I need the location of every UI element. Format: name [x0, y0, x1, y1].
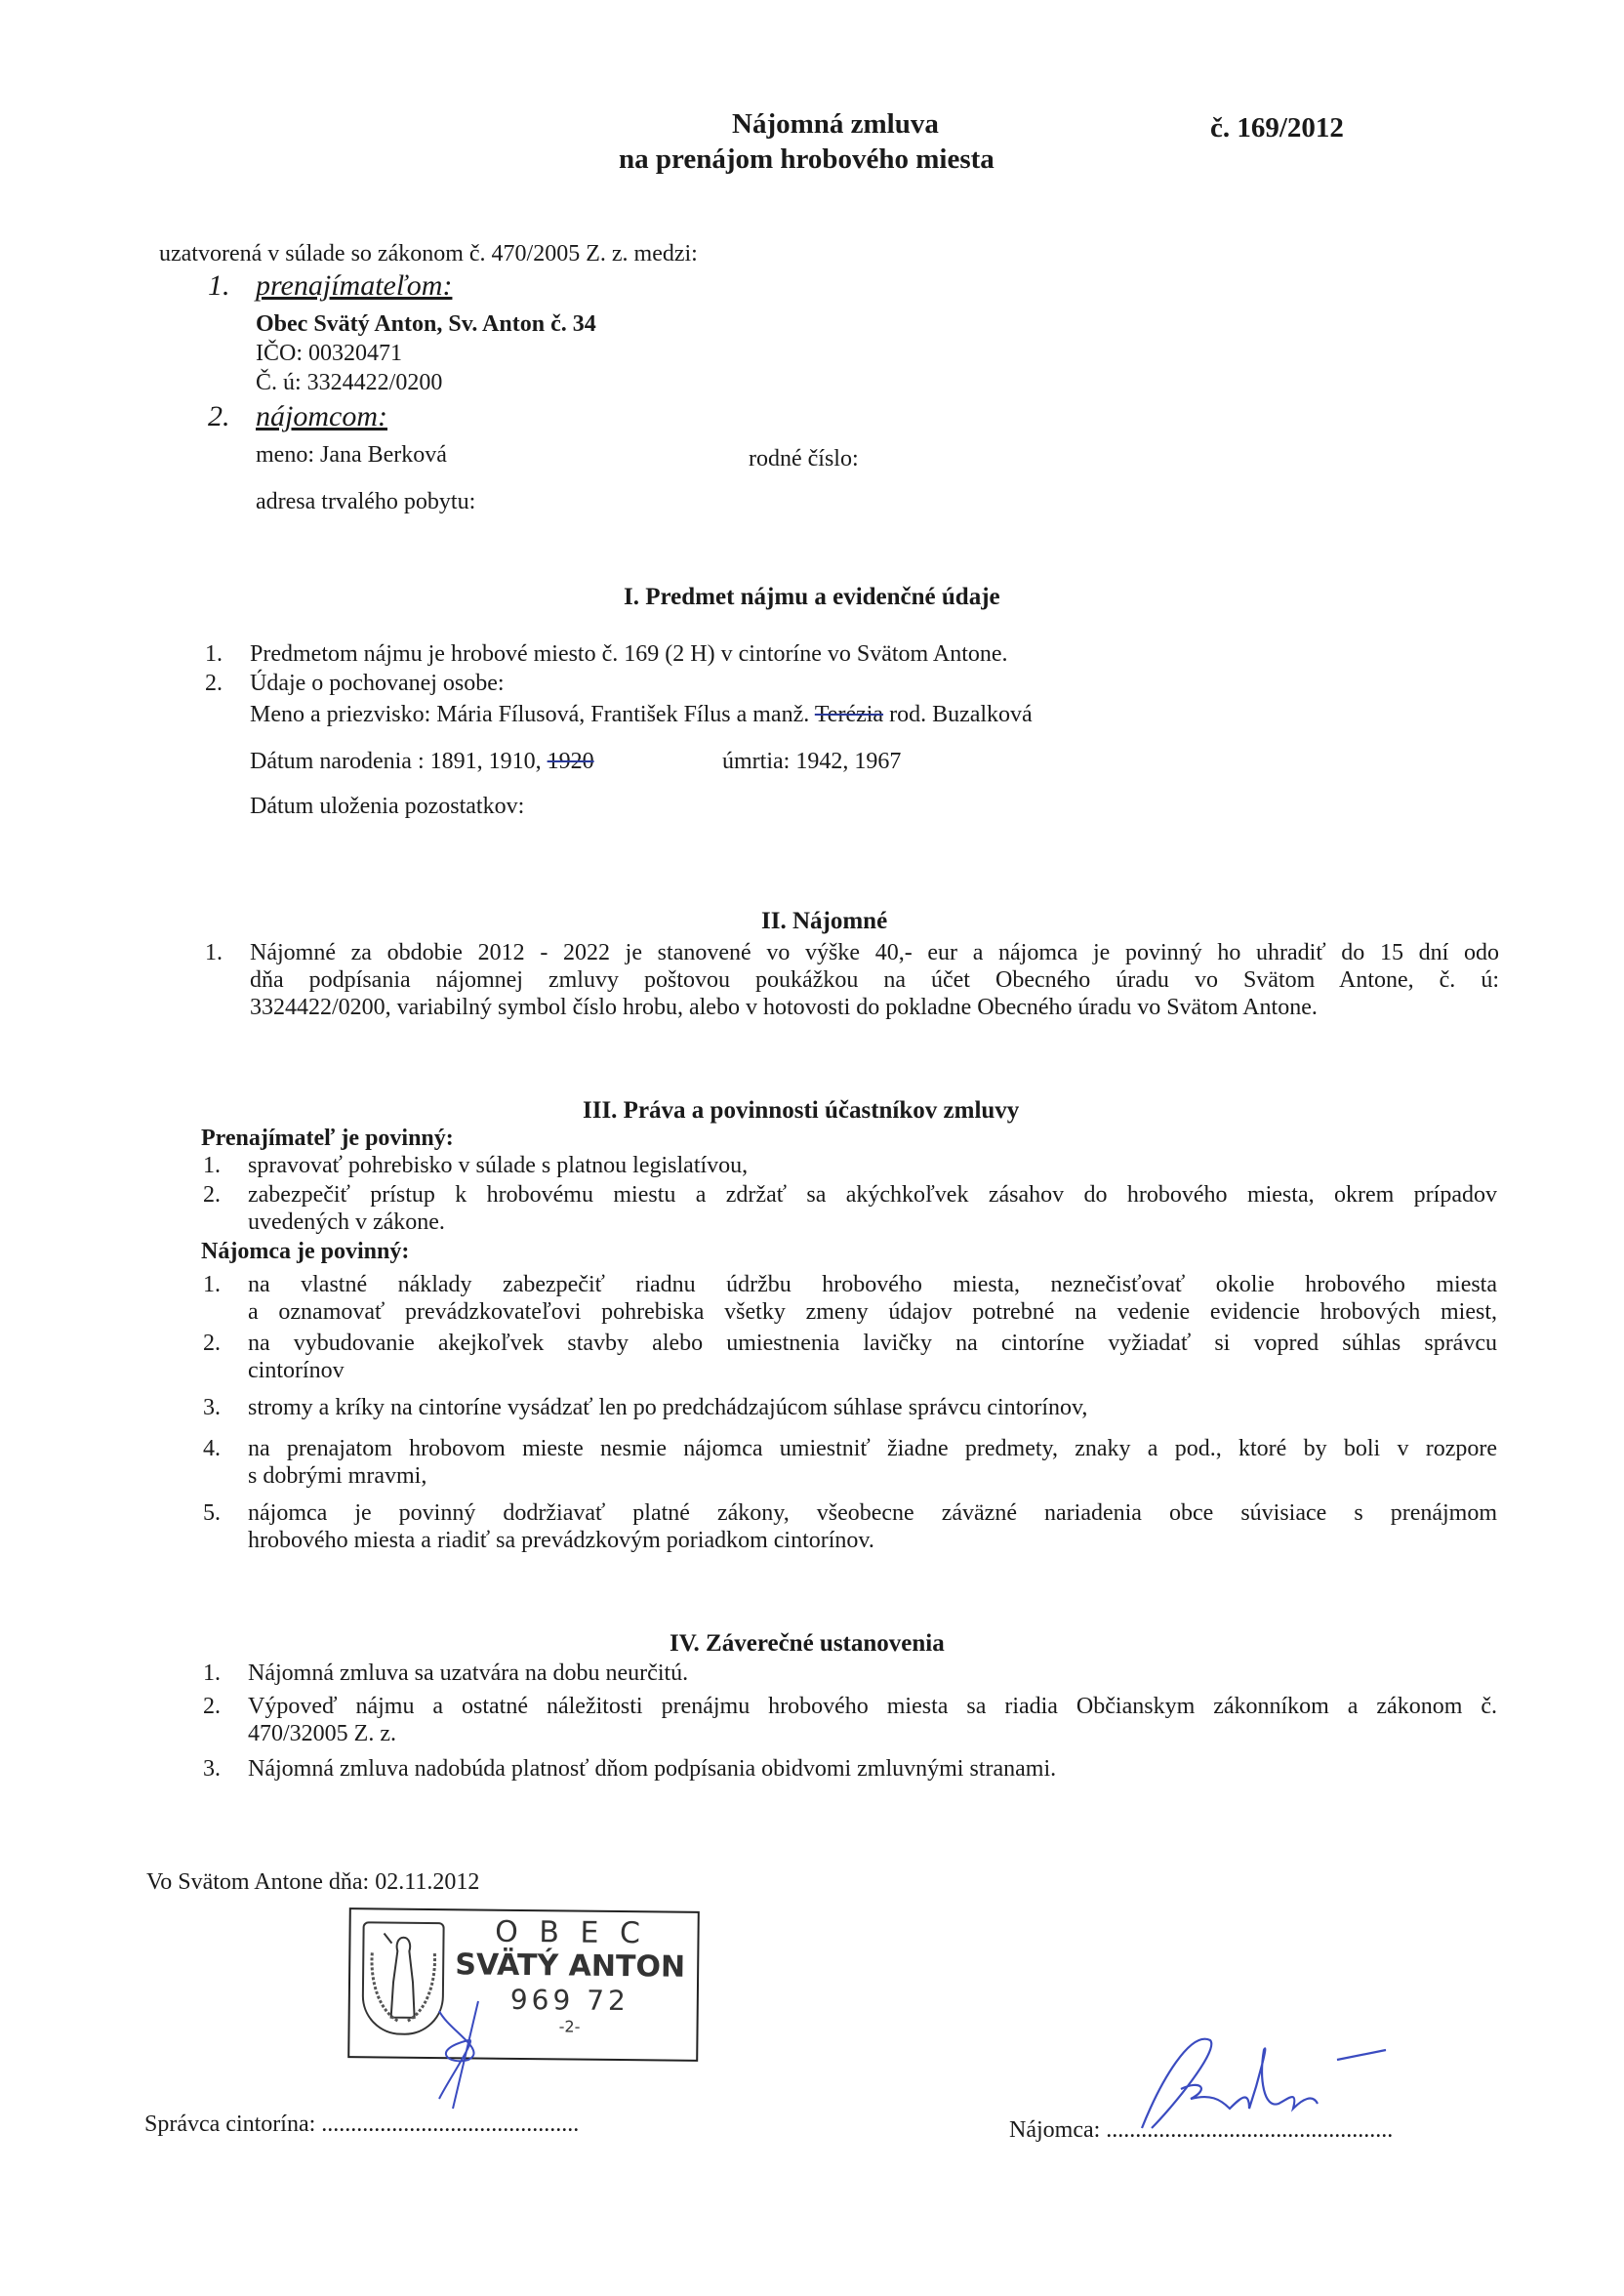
provision-line: Nájomná zmluva nadobúda platnosť dňom po…: [248, 1755, 1497, 1783]
stamp-line2: SVÄTÝ ANTON: [453, 1947, 687, 1985]
buried-names: Meno a priezvisko: Mária Fílusová, Frant…: [250, 701, 1033, 728]
tenant-name: meno: Jana Berková: [256, 441, 447, 469]
birth-number-label: rodné číslo:: [749, 445, 859, 472]
item-text: Údaje o pochovanej osobe:: [250, 671, 505, 696]
landlord-name: Obec Svätý Anton, Sv. Anton č. 34: [256, 310, 596, 338]
remains-date-label: Dátum uloženia pozostatkov:: [250, 793, 524, 820]
duty-line: uvedených v zákone.: [248, 1209, 1497, 1236]
tenant-duty-number: 5.: [203, 1499, 221, 1527]
duty-line: na prenajatom hrobovom mieste nesmie náj…: [248, 1435, 1497, 1462]
final-provision: Výpoveď nájmu a ostatné náležitosti pren…: [248, 1693, 1497, 1747]
provision-line: Výpoveď nájmu a ostatné náležitosti pren…: [248, 1693, 1497, 1720]
duty-line: na vlastné náklady zabezpečiť riadnu údr…: [248, 1271, 1497, 1298]
tenant-duty: stromy a kríky na cintoríne vysádzať len…: [248, 1394, 1497, 1421]
document-title-line2: na prenájom hrobového miesta: [619, 143, 995, 176]
contract-number: č. 169/2012: [1210, 111, 1344, 144]
party1-number: 1.: [208, 269, 230, 303]
provision-line: 470/32005 Z. z.: [248, 1720, 1497, 1747]
section3-heading: III. Práva a povinnosti účastníkov zmluv…: [583, 1097, 1019, 1125]
tenant-duty: na prenajatom hrobovom mieste nesmie náj…: [248, 1435, 1497, 1490]
tenant-signature-icon: [1132, 2021, 1425, 2138]
birth-dates-text: Dátum narodenia : 1891, 1910,: [250, 749, 548, 774]
party2-number: 2.: [208, 400, 230, 433]
section1-item: 2.Údaje o pochovanej osobe:: [205, 670, 505, 697]
section2-paragraph: Nájomné za obdobie 2012 - 2022 je stanov…: [250, 939, 1499, 1021]
struck-name: Terézia: [815, 702, 883, 727]
duty-line: cintorínov: [248, 1357, 1497, 1384]
paragraph-line: Nájomné za obdobie 2012 - 2022 je stanov…: [250, 939, 1499, 966]
duty-line: hrobového miesta a riadiť sa prevádzkový…: [248, 1527, 1497, 1554]
cemetery-admin-signature-line: Správca cintorína: .....................…: [144, 2111, 579, 2138]
tenant-duty: na vybudovanie akejkoľvek stavby alebo u…: [248, 1330, 1497, 1384]
item-number: 1.: [205, 640, 250, 668]
tenant-duty-number: 3.: [203, 1394, 221, 1421]
landlord-duty: spravovať pohrebisko v súlade s platnou …: [248, 1152, 1497, 1179]
tenant-duty-number: 1.: [203, 1271, 221, 1298]
landlord-duties-heading: Prenajímateľ je povinný:: [201, 1125, 454, 1152]
section1-item: 1.Predmetom nájmu je hrobové miesto č. 1…: [205, 640, 1008, 668]
final-provision: Nájomná zmluva nadobúda platnosť dňom po…: [248, 1755, 1497, 1783]
struck-birth-date: 1920: [548, 749, 594, 774]
party2-label: nájomcom:: [256, 400, 387, 433]
final-item-number: 2.: [203, 1693, 221, 1720]
tenant-duties-heading: Nájomca je povinný:: [201, 1238, 409, 1265]
final-item-number: 1.: [203, 1660, 221, 1687]
tenant-duty-number: 2.: [203, 1330, 221, 1357]
address-label: adresa trvalého pobytu:: [256, 488, 475, 515]
duty-line: zabezpečiť prístup k hrobovému miestu a …: [248, 1181, 1497, 1209]
tenant-duty: nájomca je povinný dodržiavať platné zák…: [248, 1499, 1497, 1554]
duty-line: stromy a kríky na cintoríne vysádzať len…: [248, 1394, 1497, 1421]
stamp-line1: O B E C: [453, 1914, 687, 1951]
duty-line: a oznamovať prevádzkovateľovi pohrebiska…: [248, 1298, 1497, 1326]
item-text: Predmetom nájmu je hrobové miesto č. 169…: [250, 641, 1008, 667]
paragraph-line: dňa podpísania nájomnej zmluvy poštovou …: [250, 966, 1499, 994]
final-provision: Nájomná zmluva sa uzatvára na dobu neurč…: [248, 1660, 1497, 1687]
landlord-ico: IČO: 00320471: [256, 340, 402, 367]
paragraph-line: 3324422/0200, variabilný symbol číslo hr…: [250, 994, 1499, 1021]
landlord-duty: zabezpečiť prístup k hrobovému miestu a …: [248, 1181, 1497, 1236]
names-text: Meno a priezvisko: Mária Fílusová, Frant…: [250, 702, 815, 727]
landlord-account: Č. ú: 3324422/0200: [256, 369, 442, 396]
intro-text: uzatvorená v súlade so zákonom č. 470/20…: [159, 240, 698, 267]
section2-heading: II. Nájomné: [761, 908, 887, 935]
names-suffix: rod. Buzalková: [883, 702, 1033, 727]
section1-heading: I. Predmet nájmu a evidenčné údaje: [624, 584, 1000, 611]
section4-heading: IV. Záverečné ustanovenia: [670, 1630, 945, 1658]
landlord-duty-number: 1.: [203, 1152, 221, 1179]
provision-line: Nájomná zmluva sa uzatvára na dobu neurč…: [248, 1660, 1497, 1687]
section2-item-number: 1.: [205, 939, 223, 966]
duty-line: spravovať pohrebisko v súlade s platnou …: [248, 1152, 1497, 1179]
landlord-duty-number: 2.: [203, 1181, 221, 1209]
place-and-date: Vo Svätom Antone dňa: 02.11.2012: [146, 1868, 479, 1896]
birth-dates: Dátum narodenia : 1891, 1910, 1920: [250, 748, 594, 775]
item-number: 2.: [205, 670, 250, 697]
tenant-duty-number: 4.: [203, 1435, 221, 1462]
duty-line: na vybudovanie akejkoľvek stavby alebo u…: [248, 1330, 1497, 1357]
duty-line: s dobrými mravmi,: [248, 1462, 1497, 1490]
document-title-line1: Nájomná zmluva: [732, 107, 939, 141]
final-item-number: 3.: [203, 1755, 221, 1783]
death-dates: úmrtia: 1942, 1967: [722, 748, 901, 775]
tenant-duty: na vlastné náklady zabezpečiť riadnu údr…: [248, 1271, 1497, 1326]
duty-line: nájomca je povinný dodržiavať platné zák…: [248, 1499, 1497, 1527]
party1-label: prenajímateľom:: [256, 269, 452, 303]
